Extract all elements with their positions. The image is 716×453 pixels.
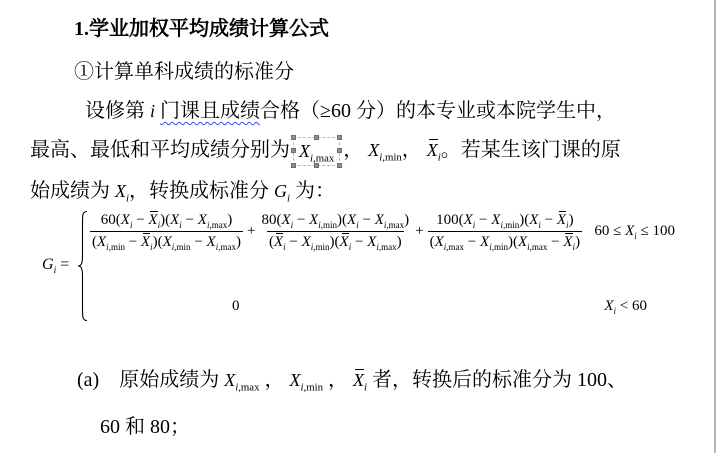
intro-line-2: 最高、最低和平均成绩分别为 Xi,max ， Xi,min， Xi。若某生该门课… (30, 133, 621, 166)
selection-handle-top[interactable] (314, 135, 319, 140)
fraction-3-denominator: (Xi,max − Xi,min)(Xi,max − Xi) (428, 231, 582, 251)
intro-line-2-post: ， Xi,min， Xi。若某生该门课的原 (343, 139, 621, 161)
wavy-underlined-text: 门课且成绩 (160, 100, 260, 122)
fraction-1-numerator: 60(Xi − Xi)(Xi − Xi,max) (99, 212, 234, 231)
fraction-term-3: 100(Xi − Xi,min)(Xi − Xi) (Xi,max − Xi,m… (428, 212, 582, 251)
text-segment: ，转换成标准分 (129, 180, 274, 202)
plus-operator: + (414, 223, 424, 240)
selection-handle-bottom-right[interactable] (337, 163, 342, 168)
fraction-2-numerator: 80(Xi − Xi,min)(Xi − Xi,max) (259, 212, 411, 231)
inline-math: Xi (427, 140, 441, 160)
item-a-text: 原始成绩为 Xi,max ， Xi,min ， Xi 者，转换后的标准分为 10… (119, 369, 627, 391)
selection-handle-left[interactable] (291, 148, 296, 153)
text-segment: 。若某生该门课的原 (441, 139, 621, 161)
inline-math: Xi (353, 370, 367, 390)
text-segment: ， (260, 369, 290, 391)
inline-math: Xi (115, 181, 129, 201)
text-segment: 者，转换后的标准分为 100、 (367, 369, 627, 391)
text-segment: 最高、最低和平均成绩分别为 (30, 139, 290, 161)
selection-handle-bottom[interactable] (314, 163, 319, 168)
text-segment: ， (323, 369, 353, 391)
selection-handle-bottom-left[interactable] (291, 163, 296, 168)
text-segment: 合格（≥60 分）的本专业或本院学生中， (260, 100, 616, 122)
selection-handle-top-right[interactable] (337, 135, 342, 140)
fraction-1-denominator: (Xi,min − Xi)(Xi,min − Xi,max) (90, 231, 243, 251)
intro-line-2-pre: 最高、最低和平均成绩分别为 (30, 139, 290, 161)
inline-math: Xi,min (368, 140, 402, 160)
fraction-term-1: 60(Xi − Xi)(Xi − Xi,max) (Xi,min − Xi)(X… (90, 212, 243, 251)
plus-operator: + (246, 223, 256, 240)
section-heading: ①计算单科成绩的标准分 (74, 55, 294, 84)
fraction-2-denominator: (Xi − Xi,min)(Xi − Xi,max) (267, 231, 404, 251)
left-brace (77, 210, 89, 322)
intro-line-3: 始成绩为 Xi，转换成标准分 Gi 为： (30, 174, 335, 203)
selection-handle-right[interactable] (337, 148, 342, 153)
condition-case-1: 60 ≤ Xi ≤ 100 (586, 223, 675, 240)
inline-math: Xi,min (290, 370, 324, 390)
text-segment: 原始成绩为 (119, 369, 224, 391)
intro-line-1: 设修第 i 门课且成绩合格（≥60 分）的本专业或本院学生中， (85, 94, 616, 123)
fraction-3-numerator: 100(Xi − Xi,min)(Xi − Xi) (434, 212, 575, 231)
formula-lhs: Gi = (42, 256, 69, 274)
formula-case-2-value: 0 (232, 298, 240, 315)
text-segment: ， (402, 139, 427, 161)
formula-case-1-expression: 60(Xi − Xi)(Xi − Xi,max) (Xi,min − Xi)(X… (90, 212, 582, 251)
piecewise-formula: Gi = 60(Xi − Xi)(Xi − Xi,max) (Xi,min − … (42, 210, 682, 328)
fraction-term-2: 80(Xi − Xi,min)(Xi − Xi,max) (Xi − Xi,mi… (259, 212, 411, 251)
text-segment: 为： (290, 180, 335, 202)
item-a-marker: (a) (77, 369, 99, 391)
text-segment: 始成绩为 (30, 180, 115, 202)
item-a-line-1: (a)原始成绩为 Xi,max ， Xi,min ， Xi 者，转换后的标准分为… (77, 363, 627, 392)
inline-math: Gi (274, 181, 290, 201)
document-page: 1.学业加权平均成绩计算公式 ①计算单科成绩的标准分 设修第 i 门课且成绩合格… (0, 0, 716, 453)
selected-equation[interactable]: Xi,max (293, 137, 340, 166)
item-a-line-2: 60 和 80； (100, 410, 190, 439)
text-segment: ， (343, 139, 368, 161)
inline-math: Xi,max (224, 370, 259, 390)
selection-handle-top-left[interactable] (291, 135, 296, 140)
condition-case-2: Xi < 60 (604, 298, 647, 315)
selected-equation-math: Xi,max (299, 141, 334, 161)
formula-case-1: 60(Xi − Xi)(Xi − Xi,max) (Xi,min − Xi)(X… (90, 212, 675, 251)
formula-case-2: 0 Xi < 60 (90, 298, 675, 318)
text-segment: 设修第 (85, 100, 150, 122)
document-title: 1.学业加权平均成绩计算公式 (74, 12, 329, 41)
